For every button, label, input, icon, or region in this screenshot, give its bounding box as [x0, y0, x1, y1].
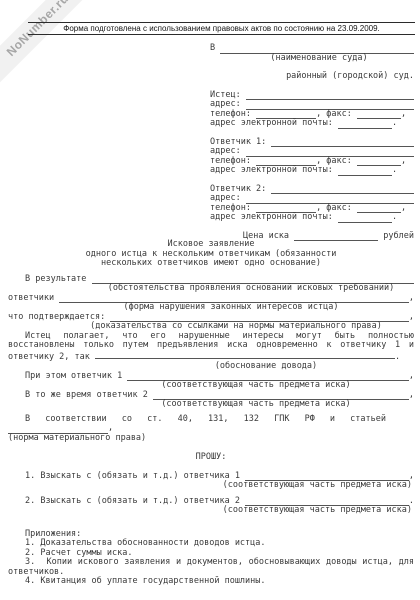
- email-label: адрес электронной почты:: [210, 166, 338, 176]
- law-caption: (норма материального права): [8, 434, 414, 444]
- defendant2-block: Ответчик 2: адрес: телефон: , факс: , ад…: [210, 185, 414, 223]
- document-body: Исковое заявление одного истца к несколь…: [8, 240, 414, 587]
- request1-prefix: 1. Взыскать с (обязать и т.д.) ответчика…: [25, 472, 245, 482]
- document-page: NoNumber.ru Форма подготовлена с использ…: [0, 0, 420, 600]
- line-tail: ,: [401, 110, 406, 120]
- request2-prefix: 2. Взыскать с (обязать и т.д.) ответчика…: [25, 497, 245, 507]
- doc-title-line: нескольких ответчиков имеют одно основан…: [8, 259, 414, 269]
- line-tail: .: [392, 166, 397, 176]
- line-tail: .: [395, 352, 400, 362]
- law-reference-line: В соответствии со ст. 40, 131, 132 ГПК Р…: [8, 415, 414, 425]
- party-email-line: адрес электронной почты: .: [210, 213, 414, 223]
- plaintiff-block: Истец: адрес: телефон: , факс: , адрес э…: [210, 91, 414, 129]
- attachment-item: 4. Квитанция об уплате государственной п…: [8, 577, 414, 587]
- result-prefix: В результате: [25, 275, 92, 285]
- line-tail: ,: [409, 294, 414, 304]
- court-address-block: В (наименование суда) районный (городско…: [210, 44, 414, 241]
- result-caption: (обстоятельства проявления оснований иск…: [8, 284, 414, 294]
- request1-caption: (соответствующая часть предмета иска): [8, 481, 414, 491]
- request2-caption: (соответствующая часть предмета иска): [8, 506, 414, 516]
- def2-prefix: В то же время ответчик 2: [8, 391, 153, 401]
- defendant2-claim-caption: (соответствующая часть предмета иска): [8, 400, 414, 410]
- line-tail: ,: [409, 372, 414, 382]
- def1-prefix: При этом ответчик 1: [25, 372, 127, 382]
- party-email-line: адрес электронной почты: .: [210, 119, 414, 129]
- blank-field: [338, 121, 392, 129]
- belief-paragraph: Истец полагает, что его нарушенные интер…: [8, 332, 414, 363]
- line-tail: ,: [401, 204, 406, 214]
- party-email-line: адрес электронной почты: .: [210, 166, 414, 176]
- blank-field: [271, 186, 414, 194]
- request-heading: ПРОШУ:: [8, 453, 414, 463]
- email-label: адрес электронной почты:: [210, 119, 338, 129]
- line-tail: .: [392, 213, 397, 223]
- email-label: адрес электронной почты:: [210, 213, 338, 223]
- court-prefix: В: [210, 44, 220, 54]
- defendants-prefix: ответчики: [8, 294, 59, 304]
- line-tail: ,: [409, 391, 414, 401]
- line-tail: ,: [409, 313, 414, 323]
- blank-field: [246, 92, 414, 100]
- defendant1-block: Ответчик 1: адрес: телефон: , факс: , ад…: [210, 138, 414, 176]
- line-tail: .: [392, 119, 397, 129]
- court-name-caption: (наименование суда): [210, 54, 414, 64]
- blank-field: [95, 351, 395, 359]
- header-note: Форма подготовлена с использованием прав…: [28, 22, 415, 35]
- blank-field: [338, 215, 392, 223]
- blank-field: [271, 139, 414, 147]
- line-tail: ,: [401, 157, 406, 167]
- blank-field: [338, 168, 392, 176]
- attachment-item: 3. Копии искового заявления и документов…: [8, 558, 414, 577]
- court-suffix: районный (городской) суд.: [210, 72, 414, 82]
